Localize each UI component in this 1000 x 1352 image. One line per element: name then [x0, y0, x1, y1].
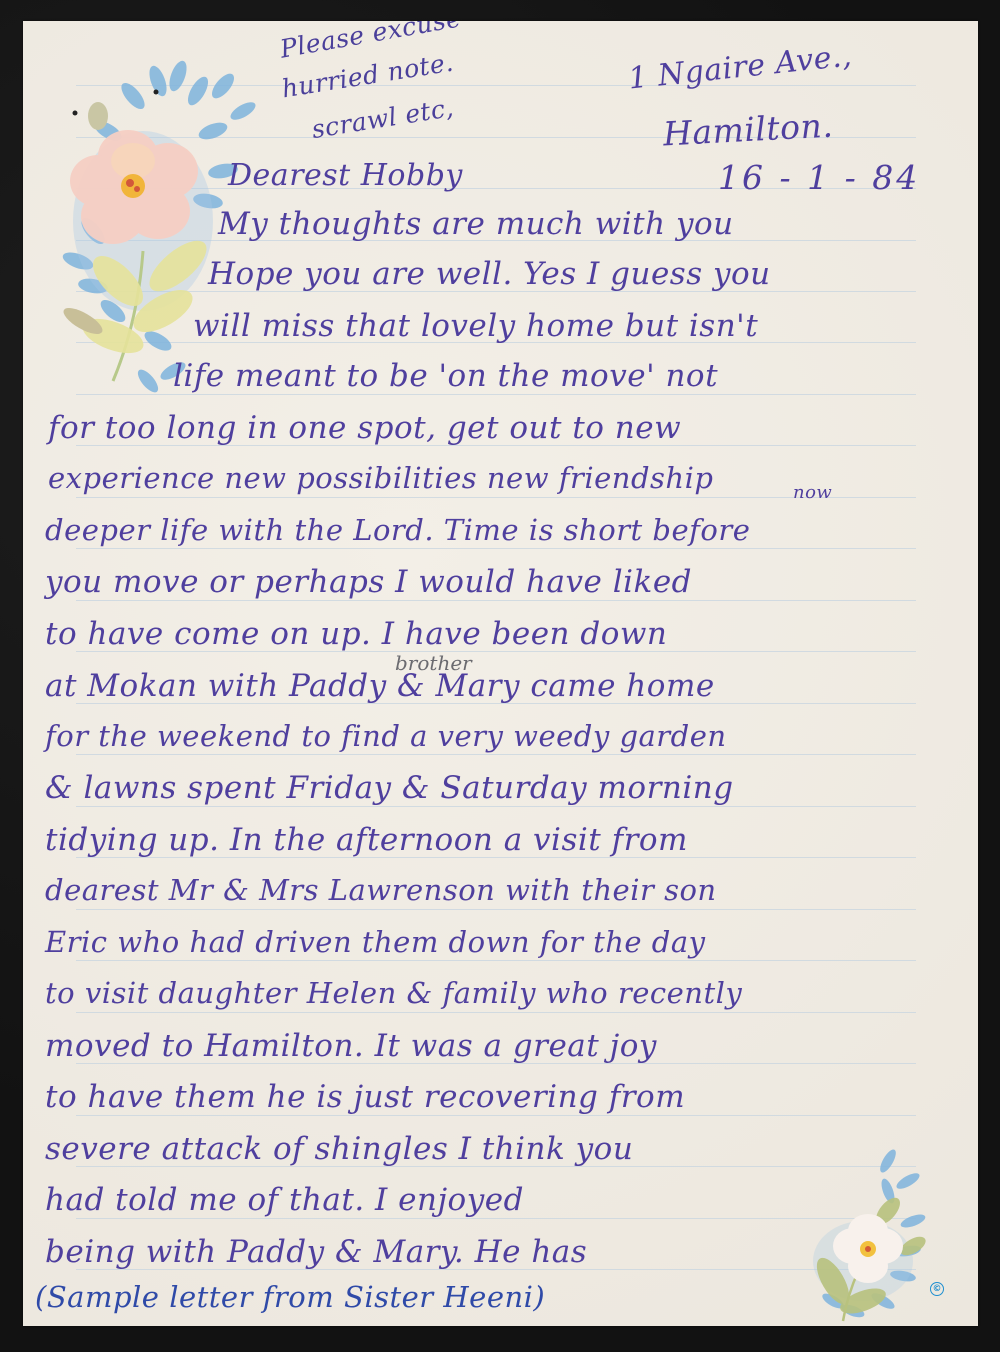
letter-line: to have come on up. I have been down [45, 619, 667, 650]
letter-line: tidying up. In the afternoon a visit fro… [45, 825, 688, 856]
letter-line: for too long in one spot, get out to new [48, 413, 681, 444]
ruled-line [76, 548, 916, 549]
letter-line: for the weekend to find a very weedy gar… [45, 722, 727, 751]
ruled-line [76, 960, 916, 961]
scan-background: © Please excuse hurried note. scrawl etc… [0, 0, 1000, 1352]
address-street: 1 Ngaire Ave., [627, 41, 853, 94]
ruled-line [76, 754, 916, 755]
letter-line: dearest Mr & Mrs Lawrenson with their so… [45, 876, 717, 905]
salutation: Dearest Hobby [228, 161, 463, 191]
ruled-line [76, 1218, 916, 1219]
footer-annotation: (Sample letter from Sister Heeni) [35, 1283, 545, 1312]
letter-line: being with Paddy & Mary. He has [45, 1237, 587, 1268]
letter-line: you move or perhaps I would have liked [45, 567, 692, 598]
letter-line: deeper life with the Lord. Time is short… [45, 516, 750, 545]
letter-line: to have them he is just recovering from [45, 1082, 685, 1113]
insertion-now: now [793, 484, 832, 502]
insertion-brother-pencil: brother [395, 651, 472, 675]
letter-line: severe attack of shingles I think you [45, 1134, 633, 1165]
letter-line: will miss that lovely home but isn't [193, 311, 758, 342]
ruled-line [76, 1115, 916, 1116]
ruled-line [76, 600, 916, 601]
ruled-line [76, 909, 916, 910]
letter-line: had told me of that. I enjoyed [45, 1185, 524, 1216]
ruled-line [76, 806, 916, 807]
letter-line: Eric who had driven them down for the da… [45, 928, 706, 957]
letter-line: & lawns spent Friday & Saturday morning [45, 773, 734, 804]
letter-line: moved to Hamilton. It was a great joy [45, 1031, 657, 1062]
copyright-icon: © [930, 1282, 944, 1296]
letter-line: My thoughts are much with you [218, 209, 734, 240]
letter-line: life meant to be 'on the move' not [173, 361, 718, 392]
letter-date: 16 - 1 - 84 [718, 161, 920, 194]
address-city: Hamilton. [662, 109, 834, 151]
flower-small-illustration-icon [793, 1151, 943, 1326]
letter-line: at Mokan with Paddy & Mary came home [45, 671, 715, 702]
letter-line: to visit daughter Helen & family who rec… [45, 979, 742, 1008]
letter-line: experience new possibilities new friends… [48, 464, 713, 493]
ruled-line [76, 1012, 916, 1013]
ruled-line [76, 497, 916, 498]
letter-page: © Please excuse hurried note. scrawl etc… [23, 21, 978, 1326]
letter-line: Hope you are well. Yes I guess you [208, 259, 771, 290]
margin-note-line: scrawl etc, [310, 95, 455, 142]
